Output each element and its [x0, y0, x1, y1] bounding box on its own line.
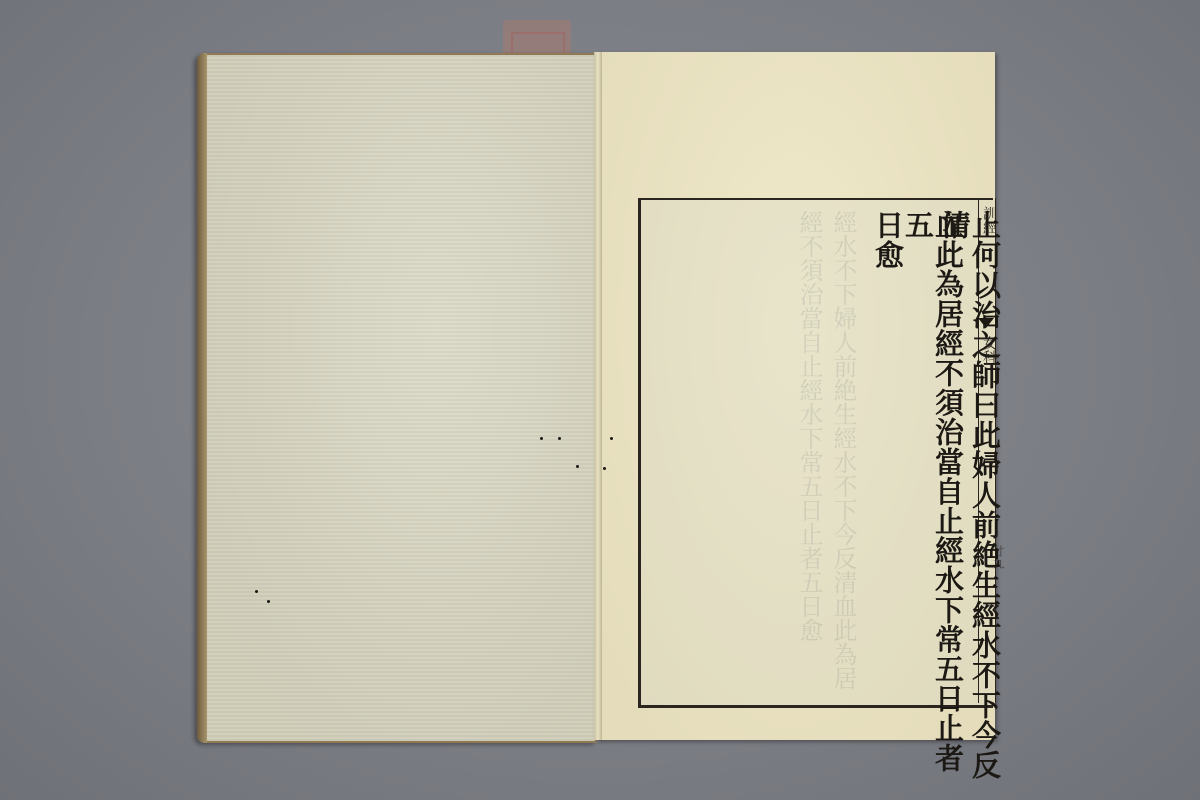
page-fold	[594, 52, 602, 740]
show-through-text: 經水不下婦人前絶生經水不下今反清血此為居經不須治當自止經水下常五日止者五日愈	[650, 210, 860, 690]
paper-speck	[540, 437, 543, 440]
book-spine-edge	[197, 53, 207, 743]
text-column-2: 血此為居經不須治當自止經水下常五日止者五	[903, 210, 963, 800]
paper-speck	[603, 467, 606, 470]
left-page-blank	[197, 53, 597, 743]
paper-speck	[610, 437, 613, 440]
paper-speck	[576, 465, 579, 468]
paper-speck	[558, 437, 561, 440]
text-column-3: 日愈	[873, 210, 903, 270]
paper-speck	[255, 590, 258, 593]
paper-speck	[267, 600, 270, 603]
